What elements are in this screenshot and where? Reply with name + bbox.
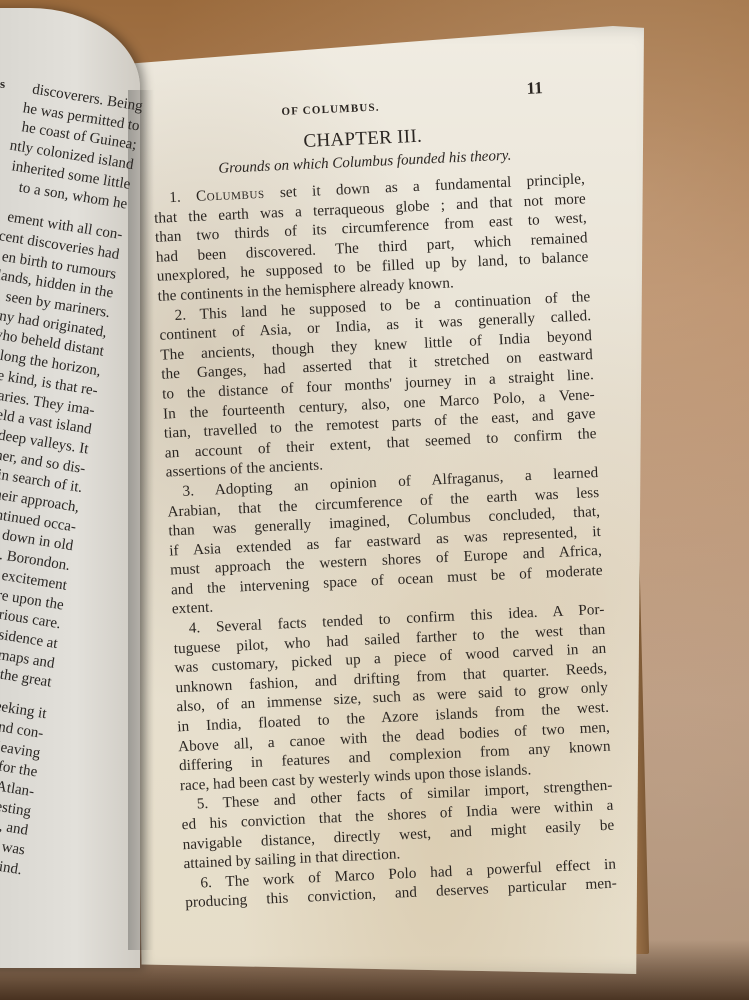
paragraph-number: 4.	[188, 619, 200, 637]
page-number: 11	[526, 78, 543, 99]
paragraph-number: 6.	[200, 874, 212, 892]
lead-word: Columbus	[196, 185, 265, 205]
running-title: OF COLUMBUS.	[281, 102, 380, 118]
paragraph-4: 4. Several facts tended to confirm this …	[172, 600, 612, 796]
paragraph-number: 5.	[196, 795, 208, 813]
paragraph-number: 3.	[182, 482, 194, 500]
paragraph-2: 2. This land he supposed to be a continu…	[158, 287, 598, 483]
gutter-shadow	[128, 90, 154, 950]
paragraph-number: 2.	[174, 306, 186, 324]
paragraph-number: 1.	[169, 189, 181, 207]
paragraph-3: 3. Adopting an opinion of Alfraganus, a …	[166, 463, 604, 620]
paragraph-1: 1. Columbus set it down as a fundamental…	[153, 169, 590, 306]
right-page-text: OF COLUMBUS. 11 CHAPTER III. Grounds on …	[148, 62, 617, 913]
